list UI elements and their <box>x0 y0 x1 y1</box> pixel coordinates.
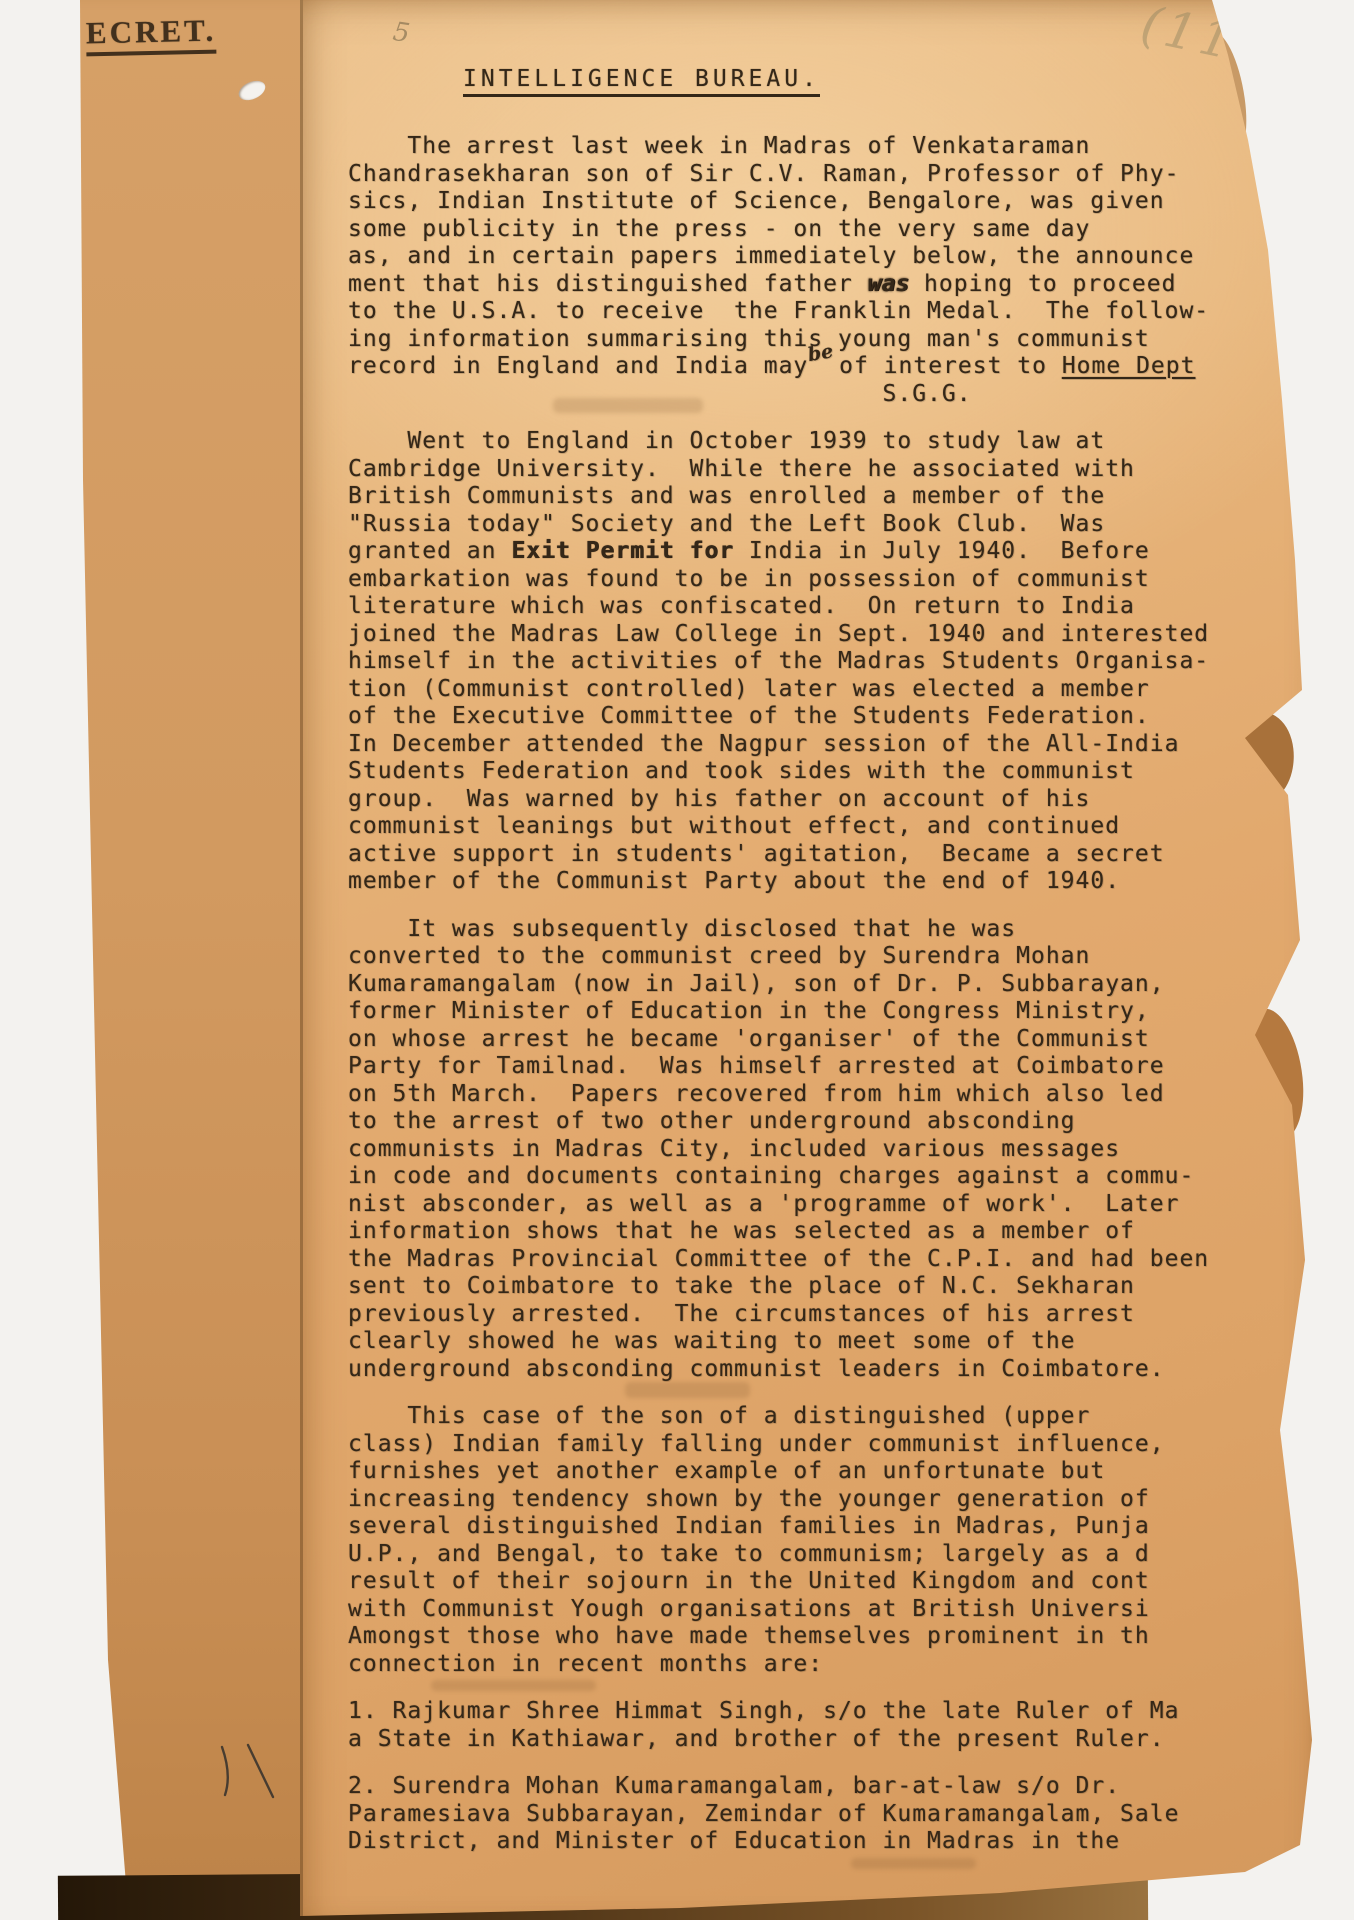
typed-line: "Russia today" Society and the Left Book… <box>348 511 1338 539</box>
typed-line: himself in the activities of the Madras … <box>348 648 1338 676</box>
typed-line: previously arrested. The circumstances o… <box>348 1301 1338 1329</box>
typed-line: sics, Indian Institute of Science, Benga… <box>348 188 1338 216</box>
typed-line: The arrest last week in Madras of Venkat… <box>348 133 1338 161</box>
ink-smudge <box>851 1858 976 1869</box>
paragraph-disclosure: It was subsequently disclosed that he wa… <box>348 916 1338 1384</box>
typed-line: to the U.S.A. to receive the Franklin Me… <box>348 298 1338 326</box>
typed-line: as, and in certain papers immediately be… <box>348 243 1338 271</box>
typed-line: 2. Surendra Mohan Kumaramangalam, bar-at… <box>348 1773 1338 1801</box>
typed-line: Chandrasekharan son of Sir C.V. Raman, P… <box>348 161 1338 189</box>
typed-line: with Communist Yough organisations at Br… <box>348 1596 1338 1624</box>
paragraph-england-record: Went to England in October 1939 to study… <box>348 428 1338 896</box>
typed-line: furnishes yet another example of an unfo… <box>348 1458 1338 1486</box>
typed-line: It was subsequently disclosed that he wa… <box>348 916 1338 944</box>
typed-line: literature which was confiscated. On ret… <box>348 593 1338 621</box>
typed-line: some publicity in the press - on the ver… <box>348 216 1338 244</box>
ink-smudge <box>431 1680 596 1691</box>
typed-line: class) Indian family falling under commu… <box>348 1431 1338 1459</box>
typed-text: The arrest last week in Madras of Venkat… <box>348 133 1338 1876</box>
typed-line: a State in Kathiawar, and brother of the… <box>348 1726 1338 1754</box>
ink-smudge <box>553 398 703 413</box>
paragraph-list-item-2: 2. Surendra Mohan Kumaramangalam, bar-at… <box>348 1773 1338 1856</box>
ink-smudge <box>625 1382 750 1398</box>
typed-line: the Madras Provincial Committee of the C… <box>348 1246 1338 1274</box>
typed-line: British Communists and was enrolled a me… <box>348 483 1338 511</box>
under-sheet: ECRET. <box>70 0 330 1920</box>
typed-line: communist leanings but without effect, a… <box>348 813 1338 841</box>
paragraph-list-item-1: 1. Rajkumar Shree Himmat Singh, s/o the … <box>348 1698 1338 1753</box>
typed-line: record in England and India maybe of int… <box>348 353 1338 381</box>
typed-line: embarkation was found to be in possessio… <box>348 566 1338 594</box>
typed-line: communists in Madras City, included vari… <box>348 1136 1338 1164</box>
secret-stamp: ECRET. <box>86 13 217 57</box>
paragraph-intro: The arrest last week in Madras of Venkat… <box>348 133 1338 408</box>
typed-line: active support in students' agitation, B… <box>348 841 1338 869</box>
paper-hole <box>236 77 268 104</box>
typed-line: In December attended the Nagpur session … <box>348 731 1338 759</box>
typed-line: Amongst those who have made themselves p… <box>348 1623 1338 1651</box>
typed-line: 1. Rajkumar Shree Himmat Singh, s/o the … <box>348 1698 1338 1726</box>
typed-line: converted to the communist creed by Sure… <box>348 943 1338 971</box>
typed-line: information shows that he was selected a… <box>348 1218 1338 1246</box>
typed-line: in code and documents containing charges… <box>348 1163 1338 1191</box>
typed-line: underground absconding communist leaders… <box>348 1356 1338 1384</box>
document-page: 5 (11 INTELLIGENCE BUREAU. The arrest la… <box>300 0 1328 1920</box>
typed-line: Kumaramangalam (now in Jail), son of Dr.… <box>348 971 1338 999</box>
typed-line: to the arrest of two other underground a… <box>348 1108 1338 1136</box>
typed-line: increasing tendency shown by the younger… <box>348 1486 1338 1514</box>
typed-line: U.P., and Bengal, to take to communism; … <box>348 1541 1338 1569</box>
typed-line: Students Federation and took sides with … <box>348 758 1338 786</box>
paragraph-commentary: This case of the son of a distinguished … <box>348 1403 1338 1678</box>
typed-line: group. Was warned by his father on accou… <box>348 786 1338 814</box>
typed-line: Paramesiava Subbarayan, Zemindar of Kuma… <box>348 1801 1338 1829</box>
typed-line: Went to England in October 1939 to study… <box>348 428 1338 456</box>
typed-line: of the Executive Committee of the Studen… <box>348 703 1338 731</box>
typed-line: member of the Communist Party about the … <box>348 868 1338 896</box>
typed-line: joined the Madras Law College in Sept. 1… <box>348 621 1338 649</box>
typed-line: ment that his distinguished father was h… <box>348 271 1338 299</box>
typed-line: tion (Communist controlled) later was el… <box>348 676 1338 704</box>
typed-line: granted an Exit Permit for India in July… <box>348 538 1338 566</box>
typed-line: District, and Minister of Education in M… <box>348 1828 1338 1856</box>
typed-line: former Minister of Education in the Cong… <box>348 998 1338 1026</box>
typed-line: ing information summarising this young m… <box>348 326 1338 354</box>
typed-line: nist absconder, as well as a 'programme … <box>348 1191 1338 1219</box>
document-title: INTELLIGENCE BUREAU. <box>463 66 820 97</box>
typed-line: S.G.G. <box>348 381 1338 409</box>
typed-line: This case of the son of a distinguished … <box>348 1403 1338 1431</box>
typed-line: Cambridge University. While there he ass… <box>348 456 1338 484</box>
pencil-mark: 5 <box>391 17 412 49</box>
typed-line: sent to Coimbatore to take the place of … <box>348 1273 1338 1301</box>
typed-line: clearly showed he was waiting to meet so… <box>348 1328 1338 1356</box>
scanned-document: ECRET. 5 (11 INTELLIGENCE BUREAU. The ar… <box>0 0 1354 1920</box>
typed-line: on whose arrest he became 'organiser' of… <box>348 1026 1338 1054</box>
pencil-page-number: (11 <box>1136 0 1241 71</box>
pen-mark <box>212 1742 282 1804</box>
typed-line: Party for Tamilnad. Was himself arrested… <box>348 1053 1338 1081</box>
typed-line: on 5th March. Papers recovered from him … <box>348 1081 1338 1109</box>
typed-line: connection in recent months are: <box>348 1651 1338 1679</box>
typed-line: several distinguished Indian families in… <box>348 1513 1338 1541</box>
typed-line: result of their sojourn in the United Ki… <box>348 1568 1338 1596</box>
